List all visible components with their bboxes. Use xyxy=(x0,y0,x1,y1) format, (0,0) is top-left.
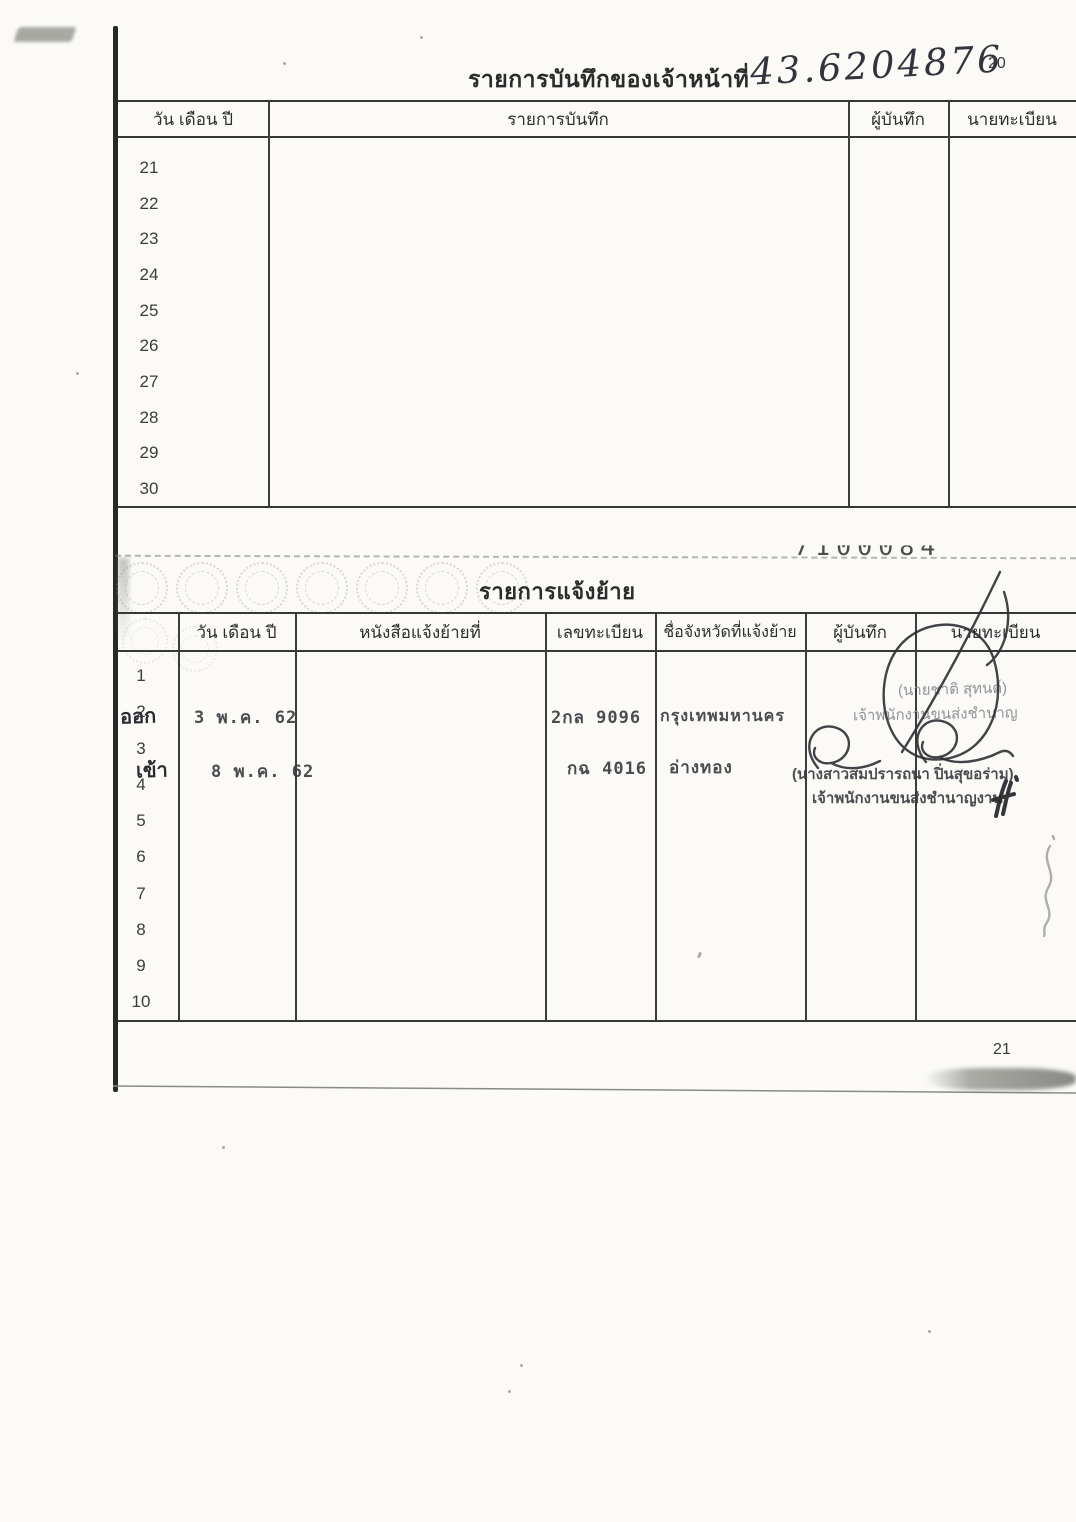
record-row-number: 21 xyxy=(132,158,166,178)
record-table-title: รายการบันทึกของเจ้าหน้าที่ xyxy=(468,62,749,98)
security-seal-icon xyxy=(356,562,408,614)
move-col-divider xyxy=(915,614,917,1020)
move-entry-date: 3 พ.ค. 62 xyxy=(194,704,297,731)
scan-speck xyxy=(520,1364,523,1367)
handwritten-move-in-label: เข้า xyxy=(135,753,168,786)
security-seal-icon xyxy=(236,562,288,614)
move-entry-date: 8 พ.ค. 62 xyxy=(211,758,314,785)
record-table-header: วัน เดือน ปี รายการบันทึก ผู้บันทึก นายท… xyxy=(118,102,1076,138)
scanned-document-page: รายการบันทึกของเจ้าหน้าที่ 43.6204876 20… xyxy=(0,0,1076,1522)
move-entry-province: กรุงเทพมหานคร xyxy=(660,704,785,729)
move-header-no xyxy=(118,614,178,650)
record-row-number: 29 xyxy=(132,443,166,463)
move-row-number: 9 xyxy=(124,956,158,976)
record-row-number: 23 xyxy=(132,229,166,249)
security-seal-icon xyxy=(296,562,348,614)
move-entry-registration: 2กล 9096 xyxy=(551,704,641,731)
move-table-header: วัน เดือน ปี หนังสือแจ้งย้ายที่ เลขทะเบี… xyxy=(118,614,1076,652)
record-header-date: วัน เดือน ปี xyxy=(118,102,268,136)
move-entry-province: อ่างทอง xyxy=(669,754,733,781)
move-row-number: 10 xyxy=(124,992,158,1012)
move-row-number: 6 xyxy=(124,847,158,867)
move-header-document: หนังสือแจ้งย้ายที่ xyxy=(295,614,545,650)
record-row-number: 22 xyxy=(132,194,166,214)
registrar-title-stamp: เจ้าพนักงานขนส่งชำนาญ xyxy=(853,701,1018,728)
record-header-registrar: นายทะเบียน xyxy=(948,102,1076,136)
recorder-title-stamp: เจ้าพนักงานขนส่งชำนาญงาน xyxy=(812,786,1003,810)
record-row-number: 25 xyxy=(132,301,166,321)
move-table: วัน เดือน ปี หนังสือแจ้งย้ายที่ เลขทะเบี… xyxy=(118,612,1076,1022)
security-seal-icon xyxy=(116,562,168,614)
record-row-number: 24 xyxy=(132,265,166,285)
move-col-divider xyxy=(178,614,180,1020)
record-table: วัน เดือน ปี รายการบันทึก ผู้บันทึก นายท… xyxy=(118,100,1076,508)
record-row-number: 28 xyxy=(132,408,166,428)
record-row-number: 26 xyxy=(132,336,166,356)
move-row-number: 5 xyxy=(124,811,158,831)
security-seal-icon xyxy=(416,562,468,614)
record-header-entry: รายการบันทึก xyxy=(268,102,848,136)
scan-speck xyxy=(508,1390,511,1393)
handwritten-reference-number: 43.6204876 xyxy=(749,37,1005,93)
page-number-bottom: 21 xyxy=(993,1041,1011,1059)
move-col-divider xyxy=(805,614,807,1020)
scan-speck xyxy=(420,36,423,39)
scan-speck xyxy=(76,372,79,375)
move-header-province: ชื่อจังหวัดที่แจ้งย้าย xyxy=(655,614,805,650)
serial-stamp-number: 7100084 xyxy=(794,532,941,561)
scan-speck xyxy=(222,1146,225,1149)
sheet-bottom-edge xyxy=(113,1086,1076,1093)
record-row-number: 27 xyxy=(132,372,166,392)
move-col-divider xyxy=(545,614,547,1020)
scan-speck xyxy=(283,62,286,65)
move-row-number: 8 xyxy=(124,920,158,940)
record-header-recorder: ผู้บันทึก xyxy=(848,102,948,136)
move-row-number: 7 xyxy=(124,884,158,904)
scan-smudge-bottom xyxy=(925,1068,1076,1090)
move-table-title: รายการแจ้งย้าย xyxy=(479,574,636,609)
move-header-date: วัน เดือน ปี xyxy=(178,614,295,650)
scan-smudge xyxy=(14,27,77,42)
move-header-recorder: ผู้บันทึก xyxy=(805,614,915,650)
move-header-registration: เลขทะเบียน xyxy=(545,614,655,650)
move-col-divider xyxy=(295,614,297,1020)
registrar-name-stamp: (นายชาติ สุทนต์) xyxy=(898,676,1008,703)
security-seal-icon xyxy=(176,562,228,614)
move-col-divider xyxy=(655,614,657,1020)
page-number-top: 20 xyxy=(988,55,1006,73)
move-entry-registration: กฉ 4016 xyxy=(567,755,647,782)
record-col-divider xyxy=(268,102,270,506)
move-row-number: 1 xyxy=(124,666,158,686)
handwritten-move-out-label: ออก xyxy=(119,699,156,732)
recorder-name-stamp: (นางสาวสมปรารถนา ปิ่นสุขอร่าม) xyxy=(792,762,1014,786)
move-header-registrar: นายทะเบียน xyxy=(915,614,1076,650)
record-col-divider xyxy=(948,102,950,506)
record-col-divider xyxy=(848,102,850,506)
scan-speck xyxy=(928,1330,931,1333)
record-row-number: 30 xyxy=(132,479,166,499)
